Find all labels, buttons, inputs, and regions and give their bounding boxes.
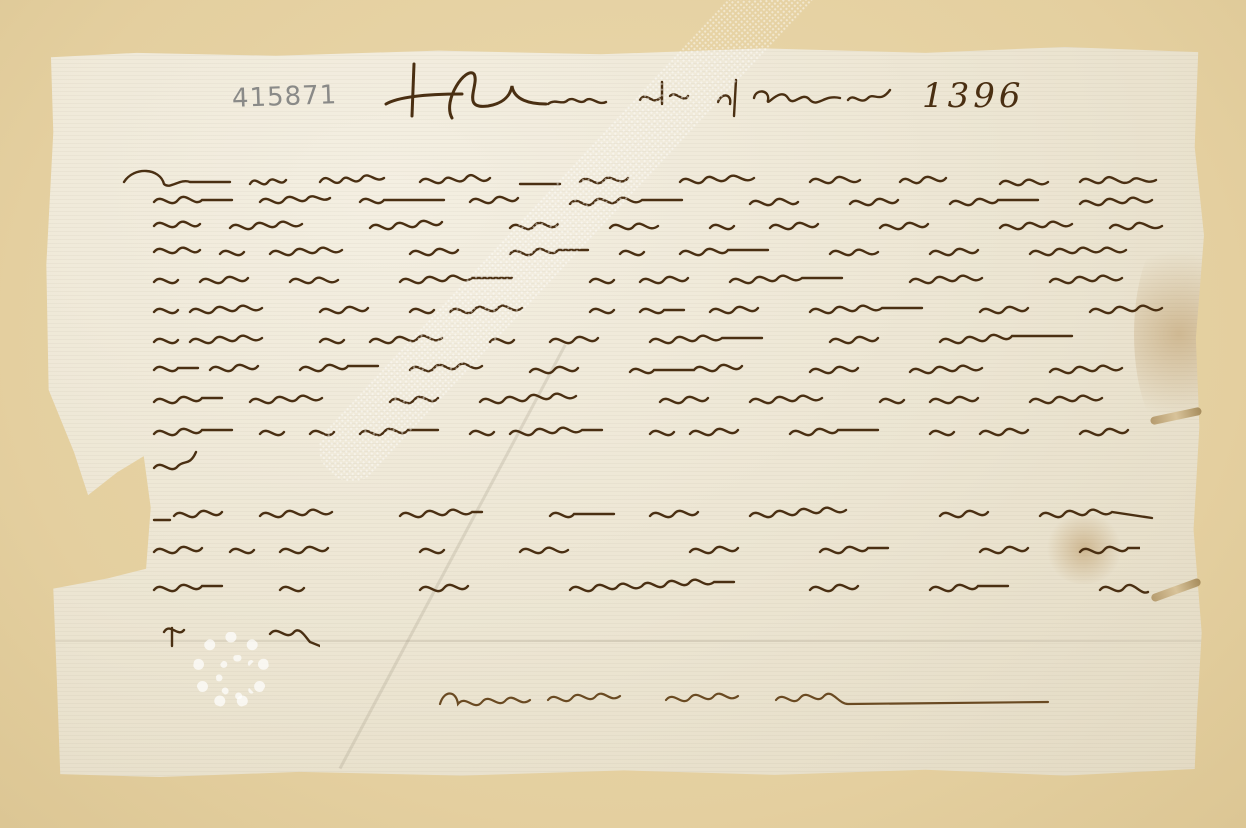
handwriting-signature-icon	[436, 676, 1086, 720]
handwriting-stroke-icon	[150, 494, 1195, 528]
letter-signature	[436, 676, 1086, 720]
handwriting-stroke-icon	[150, 446, 230, 480]
handwriting-stroke-icon	[150, 320, 1190, 354]
handwriting-stroke-icon	[150, 412, 1190, 446]
copyright-icon	[193, 632, 269, 708]
postscript-line	[150, 530, 1140, 564]
handwriting-stroke-icon	[150, 290, 1190, 324]
postscript-line	[150, 494, 1195, 528]
body-line	[150, 446, 230, 480]
body-line	[150, 350, 1190, 384]
letter-year: 1396	[922, 76, 1025, 116]
archive-number: 415871	[232, 80, 338, 114]
handwriting-stroke-icon	[150, 380, 1190, 414]
handwriting-stroke-icon	[150, 530, 1140, 564]
handwriting-stroke-icon	[150, 350, 1190, 384]
handwriting-stroke-icon	[150, 568, 1150, 602]
handwriting-stroke-icon	[150, 260, 1190, 294]
body-line	[150, 320, 1190, 354]
body-line	[150, 260, 1190, 294]
body-line	[150, 412, 1190, 446]
body-line	[150, 380, 1190, 414]
body-line	[150, 290, 1190, 324]
postscript-line	[150, 568, 1150, 602]
